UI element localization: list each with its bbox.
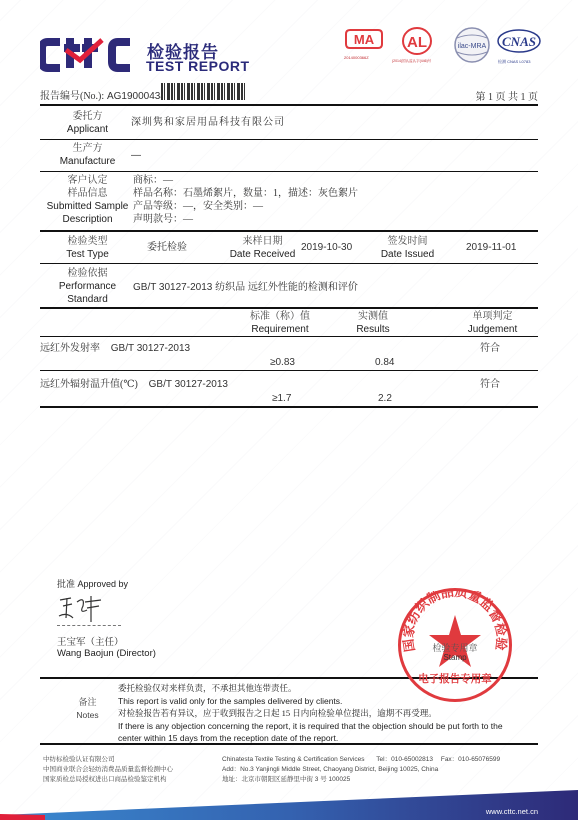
footer-address-en: Add：No.3 Yanjingli Middle Street, Chaoya…	[222, 765, 500, 775]
signature-line	[57, 625, 121, 626]
date-received-value: 2019-10-30	[301, 241, 352, 254]
notes-label: 备注 Notes	[60, 696, 115, 722]
test-method: GB/T 30127-2013	[111, 343, 190, 354]
result: 2.2	[378, 393, 392, 404]
page-info: 第 1 页 共 1 页	[476, 88, 539, 103]
test-type-label: 检验类型 Test Type	[40, 235, 135, 261]
barcode	[161, 83, 245, 100]
cma-icon: MA	[344, 27, 384, 51]
footer-org-cn: 中纺标检验认证有限公司 中国商业联合会轻纺消费品质量监督检测中心 国家质检总局授…	[43, 755, 173, 785]
stamp-center-en: Stamp	[401, 653, 509, 662]
approver-name-en: Wang Baojun (Director)	[57, 648, 156, 659]
manufacture-value: —	[131, 149, 141, 162]
divider	[40, 139, 538, 140]
cttc-logo-icon	[40, 34, 138, 74]
cal-logo: AL (2014)国认监认字(446)号	[392, 27, 442, 67]
applicant-value: 深圳隽和家居用品科技有限公司	[131, 116, 285, 129]
col-results: 实测值 Results	[333, 310, 413, 336]
test-item: 远红外辐射温升值(℃)	[40, 379, 138, 390]
footer-contact: Chinatesta Textile Testing & Certificati…	[222, 755, 500, 785]
test-method: GB/T 30127-2013	[149, 379, 228, 390]
official-stamp: 国家纺织制品质量监督检验中心 检验专用章 Stamp 电子报告专用章	[398, 588, 512, 702]
divider	[40, 370, 538, 371]
col-judgement: 单项判定 Judgement	[445, 310, 540, 336]
judgement: 符合	[480, 339, 500, 354]
cal-icon: AL	[392, 27, 442, 57]
result: 0.84	[375, 357, 394, 368]
ilac-icon: ilac-MRA	[453, 26, 491, 64]
cnas-icon: CNAS	[496, 27, 542, 55]
judgement: 符合	[480, 375, 500, 390]
divider	[40, 743, 538, 745]
standard-value: GB/T 30127-2013 纺织品 远红外性能的检测和评价	[133, 281, 358, 294]
requirement: ≥1.7	[272, 393, 291, 404]
manufacture-label: 生产方 Manufacture	[40, 142, 135, 168]
date-issued-value: 2019-11-01	[466, 241, 516, 254]
ilac-mra-logo: ilac-MRA	[453, 26, 491, 64]
report-title-en: TEST REPORT	[146, 58, 250, 74]
date-received-label: 来样日期 Date Received	[215, 235, 310, 261]
svg-text:CNAS: CNAS	[502, 34, 536, 49]
standard-label: 检验依据 Performance Standard	[40, 267, 135, 306]
sample-label: 客户认定 样品信息 Submitted Sample Description	[35, 174, 140, 226]
divider	[40, 336, 538, 337]
signature-icon	[57, 592, 107, 624]
divider	[40, 104, 538, 106]
stamp-bottom-text: 电子报告专用章	[401, 671, 509, 686]
divider	[40, 263, 538, 264]
test-type-value: 委托检验	[147, 241, 187, 254]
divider	[40, 307, 538, 309]
divider	[40, 230, 538, 232]
footer-fax: Fax：010-65076599	[441, 756, 500, 763]
report-number-value: AG19000434	[107, 91, 166, 102]
report-number: 报告编号(No.): AG19000434	[40, 87, 166, 102]
approver-name-cn: 王宝军（主任）	[57, 634, 124, 648]
requirement: ≥0.83	[270, 357, 295, 368]
svg-text:ilac-MRA: ilac-MRA	[458, 43, 487, 50]
cma-logo: MA 2014000366Z	[344, 27, 384, 61]
cnas-logo: CNAS 检测 CNAS L0783	[496, 27, 542, 67]
col-requirement: 标准（称）值 Requirement	[225, 310, 335, 336]
divider	[40, 171, 538, 172]
applicant-label: 委托方 Applicant	[40, 110, 135, 136]
date-issued-label: 签发时间 Date Issued	[360, 235, 455, 261]
footer-address-cn: 地址：北京市朝阳区延静里中街 3 号 100025	[222, 775, 500, 785]
footer-website-link[interactable]: www.cttc.net.cn	[486, 807, 538, 816]
svg-text:AL: AL	[407, 34, 427, 51]
divider	[40, 406, 538, 408]
sample-description: 商标：— 样品名称：石墨烯絮片，数量：1，描述：灰色絮片 产品等级：—，安全类别…	[133, 174, 358, 226]
test-item: 远红外发射率	[40, 343, 100, 354]
approved-by-label: 批准 Approved by	[57, 577, 128, 590]
footer-tel: Tel：010-65002813	[376, 756, 433, 763]
svg-text:MA: MA	[354, 32, 375, 47]
